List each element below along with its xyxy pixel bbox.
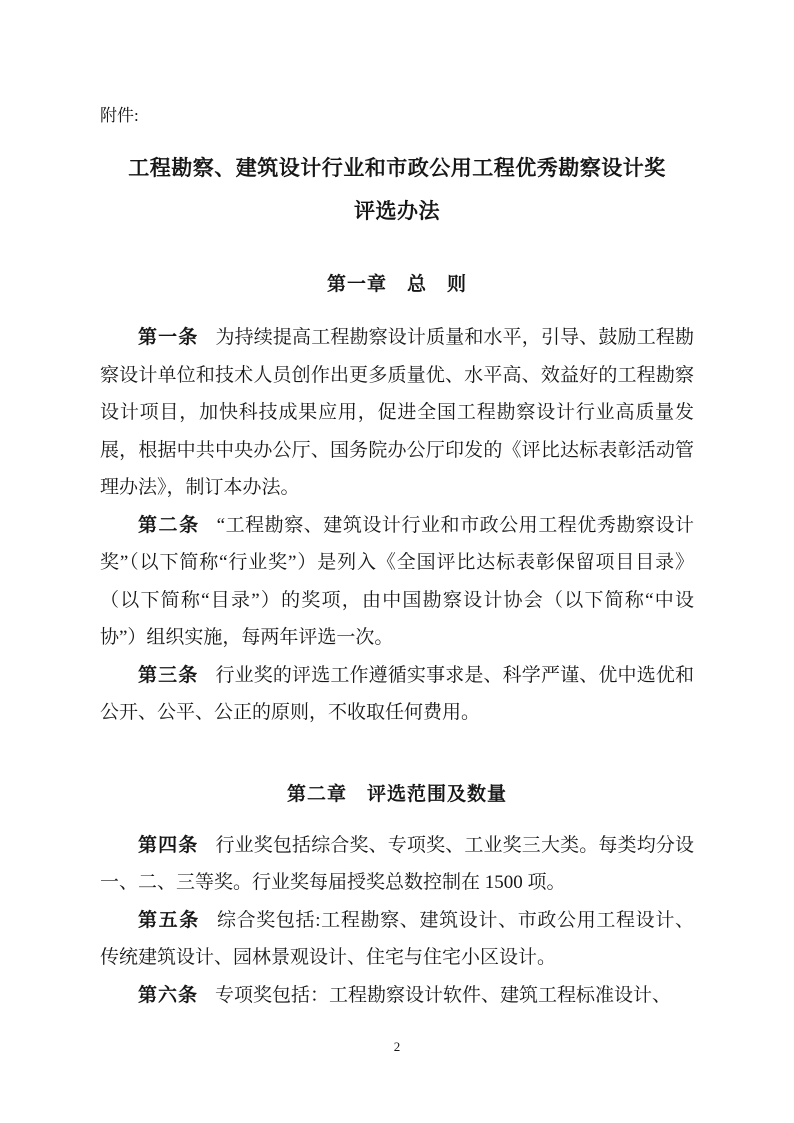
article-3: 第三条行业奖的评选工作遵循实事求是、科学严谨、优中选优和公开、公平、公正的原则，… <box>100 657 694 732</box>
chapter-1: 第一章 总 则 第一条为持续提高工程勘察设计质量和水平，引导、鼓励工程勘察设计单… <box>100 273 694 732</box>
article-6-label: 第六条 <box>138 985 198 1006</box>
chapter-2: 第二章 评选范围及数量 第四条行业奖包括综合奖、专项奖、工业奖三大类。每类均分设… <box>100 783 694 1015</box>
document-title: 工程勘察、建筑设计行业和市政公用工程优秀勘察设计奖 评选办法 <box>100 147 694 233</box>
article-2-label: 第二条 <box>138 515 200 536</box>
article-5: 第五条综合奖包括:工程勘察、建筑设计、市政公用工程设计、传统建筑设计、园林景观设… <box>100 902 694 977</box>
attachment-label: 附件: <box>100 105 694 127</box>
page-number: 2 <box>0 1038 794 1056</box>
article-3-label: 第三条 <box>138 665 198 686</box>
chapter-1-heading: 第一章 总 则 <box>100 273 694 297</box>
document-title-line1: 工程勘察、建筑设计行业和市政公用工程优秀勘察设计奖 <box>100 147 694 190</box>
article-4: 第四条行业奖包括综合奖、专项奖、工业奖三大类。每类均分设一、二、三等奖。行业奖每… <box>100 827 694 902</box>
document-content: 附件: 工程勘察、建筑设计行业和市政公用工程优秀勘察设计奖 评选办法 第一章 总… <box>100 105 694 1014</box>
article-1: 第一条为持续提高工程勘察设计质量和水平，引导、鼓励工程勘察设计单位和技术人员创作… <box>100 319 694 507</box>
article-5-label: 第五条 <box>138 910 200 931</box>
chapter-2-heading: 第二章 评选范围及数量 <box>100 783 694 807</box>
article-2: 第二条“工程勘察、建筑设计行业和市政公用工程优秀勘察设计奖”（以下简称“行业奖”… <box>100 507 694 657</box>
document-title-line2: 评选办法 <box>100 190 694 233</box>
article-1-label: 第一条 <box>138 327 198 348</box>
document-page: 附件: 工程勘察、建筑设计行业和市政公用工程优秀勘察设计奖 评选办法 第一章 总… <box>0 0 794 1123</box>
article-4-label: 第四条 <box>138 835 198 856</box>
article-6: 第六条专项奖包括：工程勘察设计软件、建筑工程标准设计、 <box>100 977 694 1015</box>
article-6-text: 专项奖包括：工程勘察设计软件、建筑工程标准设计、 <box>215 985 671 1006</box>
article-1-text: 为持续提高工程勘察设计质量和水平，引导、鼓励工程勘察设计单位和技术人员创作出更多… <box>100 327 694 498</box>
